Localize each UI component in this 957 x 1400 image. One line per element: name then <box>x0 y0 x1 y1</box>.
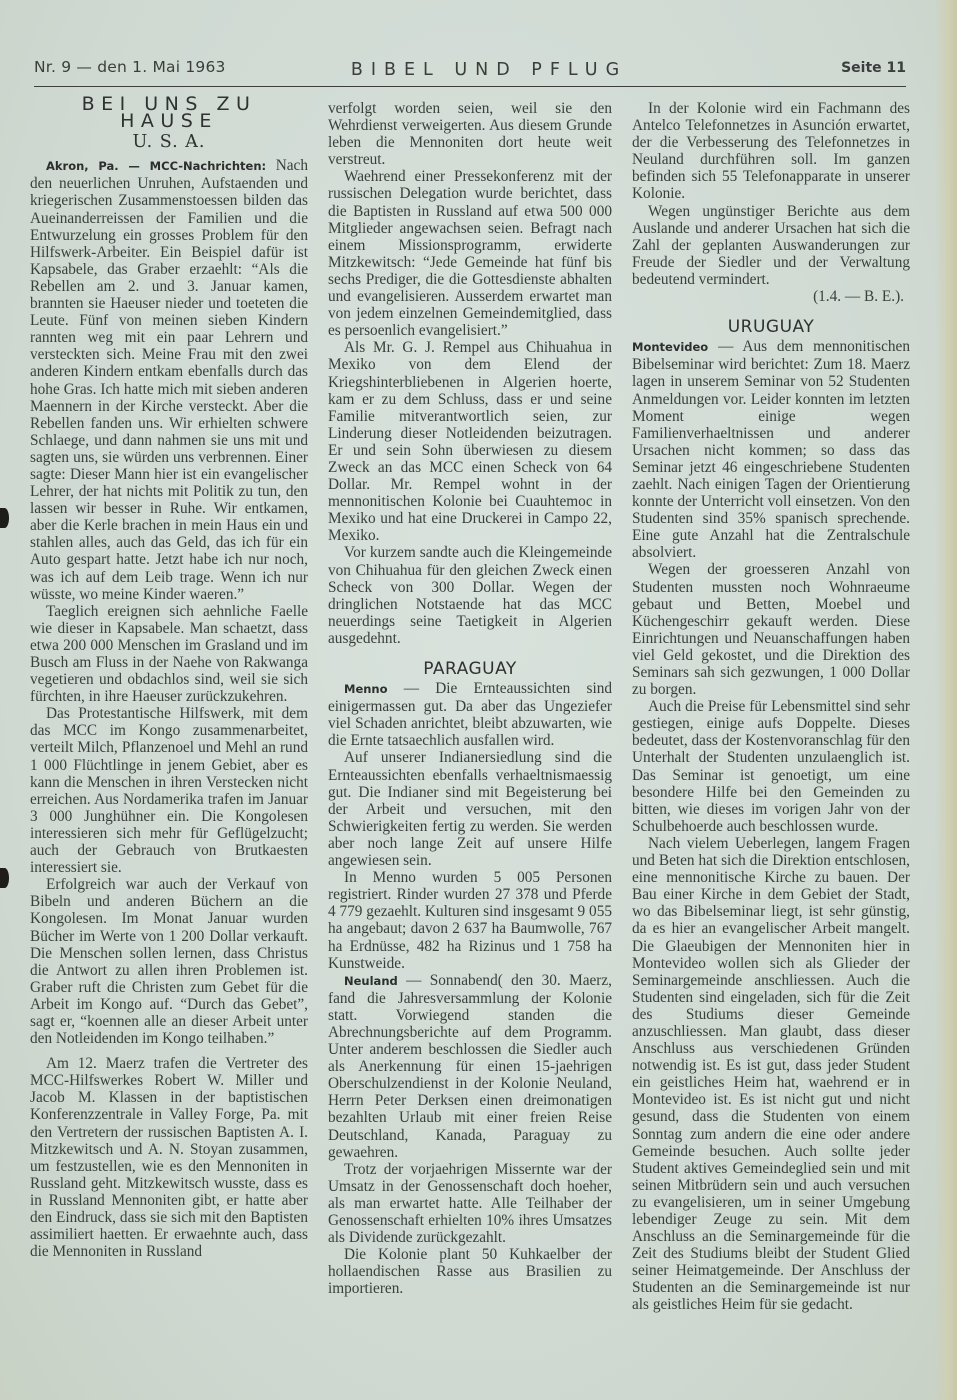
dateline-akron: Akron, Pa. — MCC-Nachrichten: <box>46 159 266 173</box>
country-heading-uruguay: URUGUAY <box>632 319 910 336</box>
issue-date: Nr. 9 — den 1. Mai 1963 <box>34 58 226 76</box>
article-paragraph: Die Kolonie plant 50 Kuhkaelber der holl… <box>328 1246 612 1297</box>
punch-hole <box>0 508 9 528</box>
country-heading-usa: U. S. A. <box>30 134 308 151</box>
punch-hole <box>0 868 9 888</box>
article-paragraph: Auch die Preise für Lebensmittel sind se… <box>632 698 910 835</box>
article-paragraph: Menno — Die Ernteaussichten sind einiger… <box>328 680 612 749</box>
dateline-neuland: Neuland <box>344 974 398 988</box>
column-3: In der Kolonie wird ein Fachmann des Ant… <box>632 100 910 1314</box>
article-paragraph: Montevideo — Aus dem mennonitischen Bibe… <box>632 338 910 561</box>
page-number: Seite 11 <box>841 60 906 76</box>
article-paragraph: Nach vielem Ueberlegen, langem Fragen un… <box>632 835 910 1314</box>
article-paragraph: Auf unserer Indianersiedlung sind die Er… <box>328 749 612 869</box>
article-paragraph: Vor kurzem sandte auch die Kleingemeinde… <box>328 544 612 647</box>
article-paragraph: In der Kolonie wird ein Fachmann des Ant… <box>632 100 910 203</box>
section-title: BEI UNS ZU HAUSE <box>30 96 308 130</box>
article-paragraph: Neuland — Sonnabend( den 30. Maerz, fand… <box>328 972 612 1161</box>
article-paragraph: Erfolgreich war auch der Verkauf von Bib… <box>30 876 308 1047</box>
article-paragraph: verfolgt worden seien, weil sie den Wehr… <box>328 100 612 168</box>
dateline-montevideo: Montevideo <box>632 340 708 354</box>
page-header: Nr. 9 — den 1. Mai 1963 BIBEL UND PFLUG … <box>34 56 906 87</box>
column-1: BEI UNS ZU HAUSE U. S. A. Akron, Pa. — M… <box>30 96 308 1260</box>
publication-title: BIBEL UND PFLUG <box>334 60 644 80</box>
article-paragraph: Waehrend einer Pressekonferenz mit der r… <box>328 168 612 339</box>
dateline-menno: Menno <box>344 682 388 696</box>
article-paragraph: Wegen ungünstiger Berichte aus dem Ausla… <box>632 203 910 288</box>
article-paragraph: Akron, Pa. — MCC-Nachrichten: Nach den n… <box>30 157 308 602</box>
article-paragraph: Als Mr. G. J. Rempel aus Chihuahua in Me… <box>328 339 612 544</box>
country-heading-paraguay: PARAGUAY <box>328 661 612 678</box>
column-2: verfolgt worden seien, weil sie den Wehr… <box>328 100 612 1297</box>
page-edge <box>935 0 957 1400</box>
article-paragraph: Wegen der groesseren Anzahl von Studente… <box>632 561 910 698</box>
article-signoff: (1.4. — B. E.). <box>632 288 910 305</box>
article-paragraph: Am 12. Maerz trafen die Vertreter des MC… <box>30 1055 308 1260</box>
article-paragraph: Trotz der vorjaehrigen Missernte war der… <box>328 1161 612 1246</box>
article-paragraph: In Menno wurden 5 005 Personen registrie… <box>328 869 612 972</box>
article-paragraph: Taeglich ereignen sich aehnliche Faelle … <box>30 603 308 706</box>
article-paragraph: Das Protestantische Hilfswerk, mit dem d… <box>30 705 308 876</box>
